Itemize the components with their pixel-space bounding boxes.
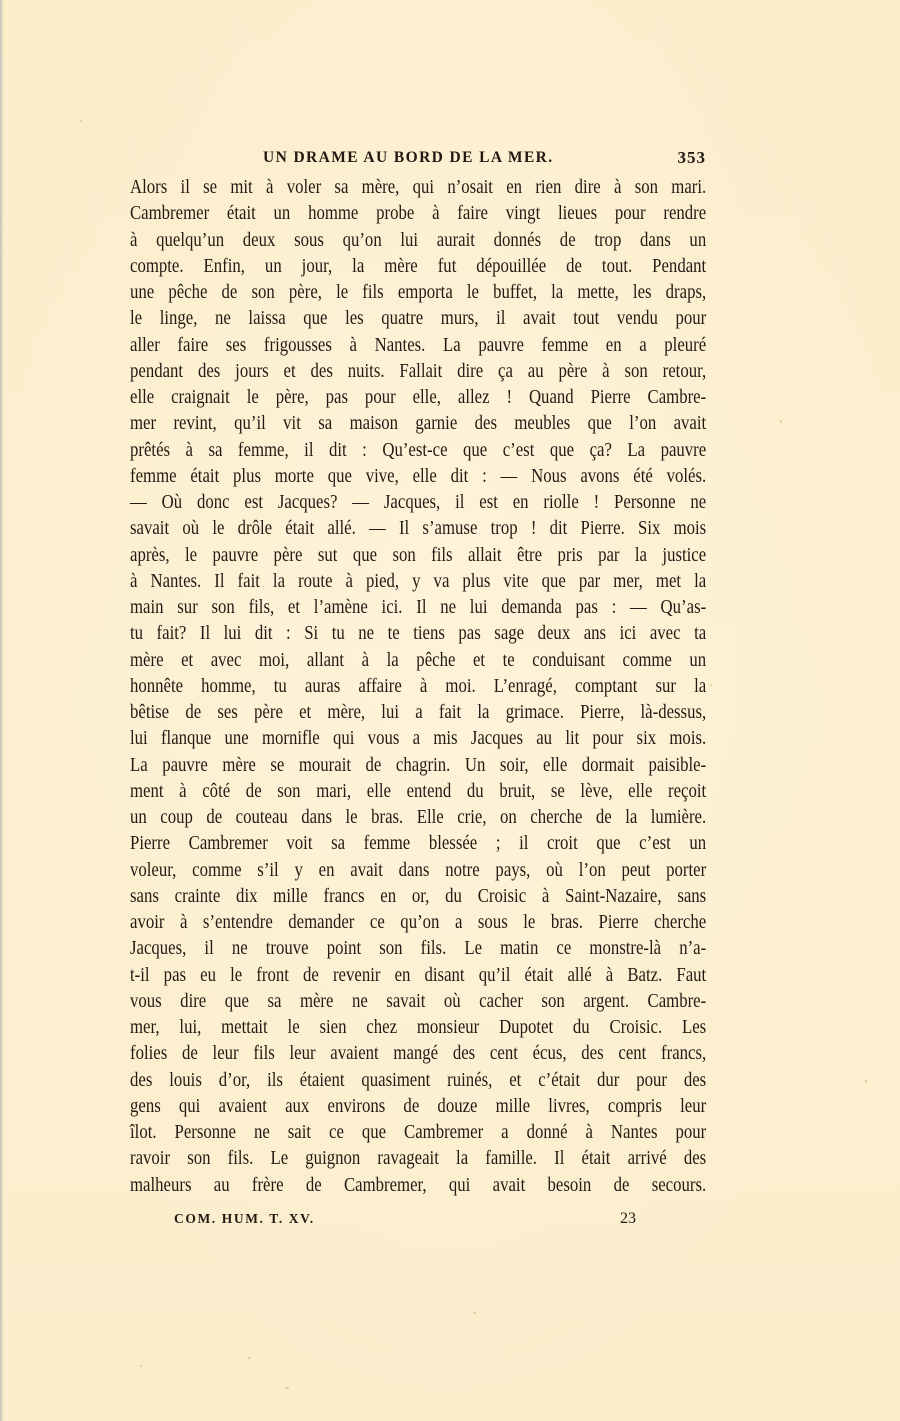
text-line: main sur son fils, et l’amène ici. Il ne… bbox=[130, 595, 706, 621]
text-line: des louis d’or, ils étaient quasiment ru… bbox=[130, 1068, 706, 1094]
paper-speck bbox=[710, 684, 712, 686]
text-line: voleur, comme s’il y en avait dans notre… bbox=[130, 858, 706, 884]
text-line: t-il pas eu le front de revenir en disan… bbox=[130, 963, 706, 989]
text-line: honnête homme, tu auras affaire à moi. L… bbox=[130, 674, 706, 700]
paper-speck bbox=[285, 1387, 289, 1389]
signature-mark: COM. HUM. T. XV. bbox=[174, 1206, 315, 1232]
text-line: îlot. Personne ne sait ce que Cambremer … bbox=[130, 1120, 706, 1146]
text-line: lui flanque une mornifle qui vous a mis … bbox=[130, 726, 706, 752]
text-line: — Où donc est Jacques? — Jacques, il est… bbox=[130, 490, 706, 516]
text-line: pendant des jours et des nuits. Fallait … bbox=[130, 359, 706, 385]
text-line: Alors il se mit à voler sa mère, qui n’o… bbox=[130, 175, 706, 201]
text-line: femme était plus morte que vive, elle di… bbox=[130, 464, 706, 490]
paper-speck bbox=[780, 420, 782, 423]
page-left-edge bbox=[0, 0, 3, 1421]
text-line: mer, lui, mettait le sien chez monsieur … bbox=[130, 1015, 706, 1041]
signature-number: 23 bbox=[620, 1206, 636, 1232]
text-line: compte. Enfin, un jour, la mère fut dépo… bbox=[130, 254, 706, 280]
text-line: le linge, ne laissa que les quatre murs,… bbox=[130, 306, 706, 332]
running-title: UN DRAME AU BORD DE LA MER. bbox=[263, 145, 554, 171]
text-line: bêtise de ses père et mère, lui a fait l… bbox=[130, 700, 706, 726]
text-line: elle craignait le père, pas pour elle, a… bbox=[130, 385, 706, 411]
text-line: savait où le drôle était allé. — Il s’am… bbox=[130, 516, 706, 542]
text-line: gens qui avaient aux environs de douze m… bbox=[130, 1094, 706, 1120]
text-line: prêtés à sa femme, il dit : Qu’est-ce qu… bbox=[130, 438, 706, 464]
text-line: ravoir son fils. Le guignon ravageait la… bbox=[130, 1146, 706, 1172]
text-line: ment à côté de son mari, elle entend du … bbox=[130, 779, 706, 805]
text-line: avoir à s’entendre demander ce qu’on a s… bbox=[130, 910, 706, 936]
text-line: mer revint, qu’il vit sa maison garnie d… bbox=[130, 411, 706, 437]
text-line: mère et avec moi, allant à la pêche et t… bbox=[130, 648, 706, 674]
text-line: folies de leur fils leur avaient mangé d… bbox=[130, 1041, 706, 1067]
text-line: Jacques, il ne trouve point son fils. Le… bbox=[130, 936, 706, 962]
text-line: à quelqu’un deux sous qu’on lui aurait d… bbox=[130, 228, 706, 254]
text-line: Pierre Cambremer voit sa femme blessée ;… bbox=[130, 831, 706, 857]
text-line: à Nantes. Il fait la route à pied, y va … bbox=[130, 569, 706, 595]
text-line: sans crainte dix mille francs en or, du … bbox=[130, 884, 706, 910]
paper-speck bbox=[140, 1365, 142, 1367]
text-line: La pauvre mère se mourait de chagrin. Un… bbox=[130, 753, 706, 779]
text-line: un coup de couteau dans le bras. Elle cr… bbox=[130, 805, 706, 831]
paper-speck bbox=[473, 1312, 476, 1314]
paper-speck bbox=[248, 1357, 251, 1359]
paper-speck bbox=[865, 1080, 867, 1083]
text-line: aller faire ses frigousses à Nantes. La … bbox=[130, 333, 706, 359]
text-line: après, le pauvre père sut que son fils a… bbox=[130, 543, 706, 569]
page-number: 353 bbox=[678, 145, 707, 171]
text-line: vous dire que sa mère ne savait où cache… bbox=[130, 989, 706, 1015]
text-line: Cambremer était un homme probe à faire v… bbox=[130, 201, 706, 227]
paper-speck bbox=[80, 120, 82, 122]
book-page: UN DRAME AU BORD DE LA MER. 353 Alors il… bbox=[0, 0, 900, 1421]
signature-line: COM. HUM. T. XV. 23 bbox=[130, 1206, 706, 1232]
body-text: Alors il se mit à voler sa mère, qui n’o… bbox=[130, 175, 706, 1199]
text-line: malheurs au frère de Cambremer, qui avai… bbox=[130, 1173, 706, 1199]
running-head: UN DRAME AU BORD DE LA MER. 353 bbox=[130, 145, 706, 171]
text-line: une pêche de son père, le fils emporta l… bbox=[130, 280, 706, 306]
text-line: tu fait? Il lui dit : Si tu ne te tiens … bbox=[130, 621, 706, 647]
